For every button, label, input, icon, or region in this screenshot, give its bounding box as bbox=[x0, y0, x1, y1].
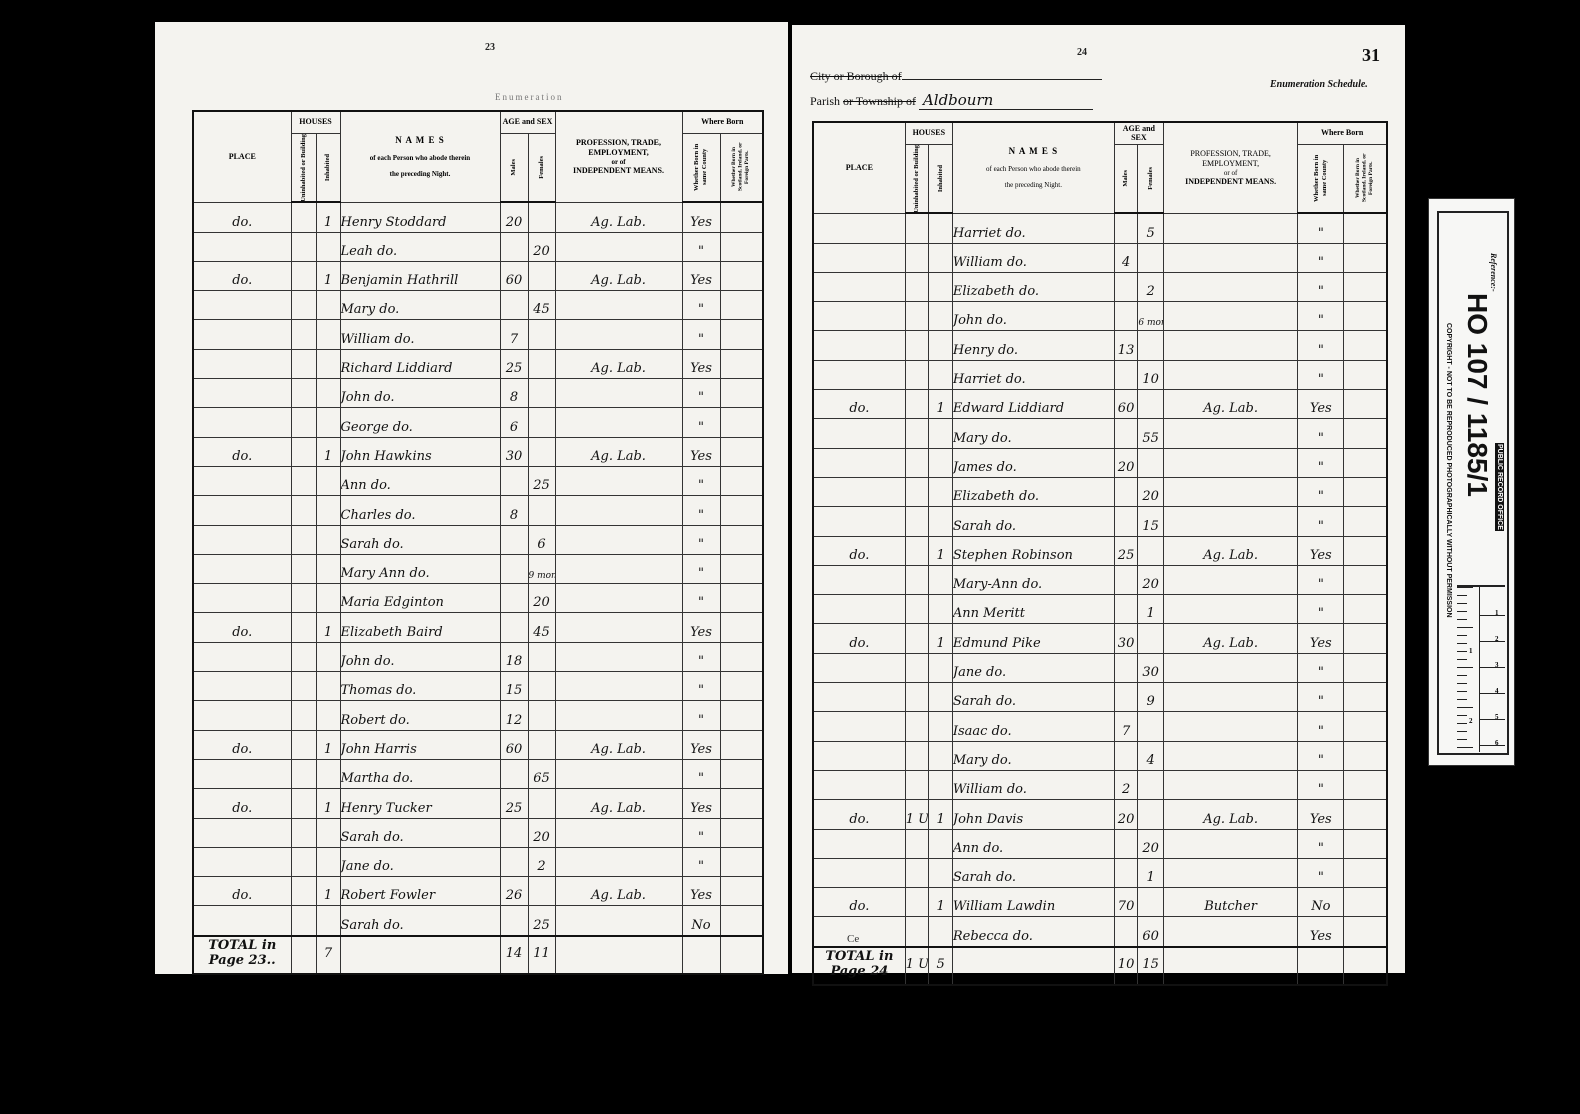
uninhabited-cell bbox=[905, 507, 929, 536]
ruler-tick bbox=[1457, 731, 1467, 732]
uninhabited-cell bbox=[905, 888, 929, 917]
profession-cell bbox=[1163, 917, 1297, 947]
uninhabited-cell bbox=[905, 419, 929, 448]
inhabited-cell bbox=[929, 653, 953, 682]
female-age: 25 bbox=[528, 466, 555, 495]
inhabited-cell bbox=[316, 701, 340, 730]
female-age bbox=[528, 349, 555, 378]
female-age: 9 months bbox=[528, 554, 555, 583]
male-age bbox=[1114, 213, 1138, 243]
schedule-label: Enumeration Schedule. bbox=[1270, 79, 1368, 90]
born-county-cell: Yes bbox=[682, 877, 720, 906]
total-row: TOTAL inPage 241 U51015 bbox=[813, 947, 1387, 985]
place-cell: do. bbox=[813, 800, 905, 829]
table-row: Mary-Ann do.20" bbox=[813, 565, 1387, 594]
male-age: 12 bbox=[500, 701, 528, 730]
uninhabited-cell bbox=[291, 642, 316, 671]
female-age: 10 bbox=[1138, 360, 1164, 389]
person-name: Robert do. bbox=[340, 701, 500, 730]
inhabited-cell bbox=[929, 243, 953, 272]
place-cell: do. bbox=[193, 613, 291, 642]
inhabited-cell bbox=[316, 320, 340, 349]
table-row: do.1John Hawkins30Ag. Lab.Yes bbox=[193, 437, 763, 466]
uninhabited-cell bbox=[905, 565, 929, 594]
total-blank-county bbox=[1298, 947, 1344, 985]
total-females: 15 bbox=[1138, 947, 1164, 985]
female-age bbox=[528, 437, 555, 466]
profession-cell bbox=[1163, 213, 1297, 243]
born-county-cell: No bbox=[1298, 888, 1344, 917]
uninhabited-cell bbox=[291, 584, 316, 613]
city-borough-label: City or Borough of bbox=[810, 69, 902, 83]
uninhabited-cell bbox=[291, 877, 316, 906]
names-title: N A M E S bbox=[953, 146, 1114, 157]
born-county-cell: " bbox=[1298, 331, 1344, 360]
female-age bbox=[528, 877, 555, 906]
place-cell: do. bbox=[813, 888, 905, 917]
table-row: Henry do.13" bbox=[813, 331, 1387, 360]
place-cell bbox=[193, 496, 291, 525]
profession-line-2: EMPLOYMENT, bbox=[1164, 159, 1297, 169]
inhabited-header: Inhabited bbox=[316, 133, 340, 202]
place-cell bbox=[193, 320, 291, 349]
table-row: Sarah do.6" bbox=[193, 525, 763, 554]
male-age bbox=[500, 466, 528, 495]
inhabited-cell bbox=[929, 448, 953, 477]
inhabited-cell: 1 bbox=[316, 877, 340, 906]
uninhabited-cell bbox=[291, 379, 316, 408]
names-subtitle-2: the preceding Night. bbox=[341, 170, 500, 178]
male-age: 60 bbox=[500, 261, 528, 290]
uninhabited-cell bbox=[905, 272, 929, 301]
born-county-cell: " bbox=[1298, 712, 1344, 741]
inhabited-cell: 1 bbox=[929, 624, 953, 653]
female-age bbox=[528, 496, 555, 525]
born-foreign-cell bbox=[720, 261, 763, 290]
table-row: Thomas do.15" bbox=[193, 672, 763, 701]
uninhabited-cell bbox=[905, 302, 929, 331]
female-age: 55 bbox=[1138, 419, 1164, 448]
total-inhabited: 7 bbox=[316, 936, 340, 974]
born-foreign-cell bbox=[1344, 477, 1387, 506]
census-table: PLACE HOUSES N A M E S of each Person wh… bbox=[192, 110, 764, 975]
reference-frame: Reference:- HO 107 / 1185/1 COPYRIGHT - … bbox=[1437, 211, 1509, 755]
inhabited-cell bbox=[316, 584, 340, 613]
inhabited-cell: 1 bbox=[316, 261, 340, 290]
names-subtitle: of each Person who abode therein bbox=[953, 165, 1114, 173]
table-row: George do.6" bbox=[193, 408, 763, 437]
profession-cell bbox=[1163, 360, 1297, 389]
profession-cell bbox=[555, 554, 682, 583]
ruler-tick bbox=[1457, 723, 1467, 724]
male-age: 20 bbox=[500, 202, 528, 232]
uninhabited-cell bbox=[291, 672, 316, 701]
profession-header: PROFESSION, TRADE, EMPLOYMENT, or of IND… bbox=[555, 111, 682, 202]
uninhabited-cell bbox=[291, 847, 316, 876]
female-age: 45 bbox=[528, 291, 555, 320]
person-name: John do. bbox=[340, 379, 500, 408]
ruler-cm-tick bbox=[1479, 745, 1505, 746]
person-name: William Lawdin bbox=[952, 888, 1114, 917]
males-header: Males bbox=[1114, 144, 1138, 213]
table-row: Rebecca do.60Yes bbox=[813, 917, 1387, 947]
uninhabited-cell bbox=[291, 789, 316, 818]
inhabited-cell bbox=[316, 672, 340, 701]
inhabited-cell bbox=[316, 466, 340, 495]
table-row: Ann Meritt1" bbox=[813, 595, 1387, 624]
table-row: Mary do.4" bbox=[813, 741, 1387, 770]
place-cell bbox=[813, 770, 905, 799]
scale-ruler: 12123456 bbox=[1457, 585, 1505, 752]
place-cell: do. bbox=[193, 437, 291, 466]
profession-cell: Ag. Lab. bbox=[555, 261, 682, 290]
uninhabited-cell bbox=[291, 759, 316, 788]
born-county-cell: " bbox=[682, 759, 720, 788]
inhabited-cell bbox=[929, 331, 953, 360]
inhabited-header: Inhabited bbox=[929, 144, 953, 213]
table-row: William do.7" bbox=[193, 320, 763, 349]
male-age: 8 bbox=[500, 496, 528, 525]
person-name: Henry Tucker bbox=[340, 789, 500, 818]
born-foreign-cell bbox=[1344, 653, 1387, 682]
names-subtitle: of each Person who abode therein bbox=[341, 154, 500, 162]
ruler-cm-tick bbox=[1479, 667, 1505, 668]
profession-cell bbox=[1163, 331, 1297, 360]
table-row: Martha do.65" bbox=[193, 759, 763, 788]
females-header: Females bbox=[528, 133, 555, 202]
table-row: Leah do.20" bbox=[193, 232, 763, 261]
male-age bbox=[1114, 829, 1138, 858]
ruler-cm-tick bbox=[1479, 719, 1505, 720]
profession-cell bbox=[1163, 243, 1297, 272]
place-cell bbox=[193, 525, 291, 554]
inhabited-cell bbox=[929, 595, 953, 624]
faded-header-scrawl: Enumeration bbox=[495, 92, 564, 102]
uninhabited-cell bbox=[291, 906, 316, 936]
person-name: Elizabeth Baird bbox=[340, 613, 500, 642]
male-age: 6 bbox=[500, 408, 528, 437]
ruler-tick bbox=[1457, 659, 1467, 660]
profession-cell bbox=[1163, 595, 1297, 624]
male-age: 60 bbox=[500, 730, 528, 759]
person-name: Isaac do. bbox=[952, 712, 1114, 741]
place-cell: do. bbox=[813, 624, 905, 653]
table-row: Sarah do.20" bbox=[193, 818, 763, 847]
born-county-cell: " bbox=[682, 584, 720, 613]
person-name: Sarah do. bbox=[952, 683, 1114, 712]
place-cell bbox=[193, 818, 291, 847]
uninhabited-cell bbox=[291, 202, 316, 232]
born-foreign-cell bbox=[720, 818, 763, 847]
female-age: 1 bbox=[1138, 858, 1164, 887]
profession-cell bbox=[1163, 829, 1297, 858]
left-census-page: 23 Enumeration PLACE HOUSES N A M E S of… bbox=[155, 22, 788, 974]
uninhabited-cell bbox=[905, 477, 929, 506]
inhabited-cell: 1 bbox=[929, 536, 953, 565]
table-row: Mary Ann do.9 months" bbox=[193, 554, 763, 583]
place-cell bbox=[813, 477, 905, 506]
place-cell bbox=[813, 213, 905, 243]
profession-cell: Ag. Lab. bbox=[1163, 800, 1297, 829]
female-age bbox=[528, 730, 555, 759]
place-cell bbox=[813, 272, 905, 301]
born-county-cell: " bbox=[682, 847, 720, 876]
female-age: 20 bbox=[528, 232, 555, 261]
profession-cell bbox=[555, 701, 682, 730]
total-blank-county bbox=[682, 936, 720, 974]
page-number: 23 bbox=[485, 42, 495, 53]
uninhabited-cell bbox=[905, 653, 929, 682]
person-name: John do. bbox=[340, 642, 500, 671]
table-row: do.1Edmund Pike30Ag. Lab.Yes bbox=[813, 624, 1387, 653]
male-age bbox=[500, 554, 528, 583]
place-cell bbox=[193, 466, 291, 495]
profession-line-3: or of bbox=[1164, 169, 1297, 177]
inhabited-cell bbox=[316, 818, 340, 847]
born-foreign-cell bbox=[1344, 683, 1387, 712]
profession-cell bbox=[1163, 770, 1297, 799]
inhabited-cell bbox=[929, 507, 953, 536]
profession-header: PROFESSION, TRADE, EMPLOYMENT, or of IND… bbox=[1163, 122, 1297, 213]
born-county-cell: " bbox=[1298, 741, 1344, 770]
table-row: Elizabeth do.2" bbox=[813, 272, 1387, 301]
ruler-tick bbox=[1457, 715, 1467, 716]
profession-cell bbox=[1163, 712, 1297, 741]
table-row: Jane do.30" bbox=[813, 653, 1387, 682]
male-age bbox=[500, 906, 528, 936]
person-name: Ann do. bbox=[952, 829, 1114, 858]
uninhabited-cell bbox=[905, 917, 929, 947]
born-county-cell: " bbox=[1298, 683, 1344, 712]
table-row: William do.4" bbox=[813, 243, 1387, 272]
table-row: do.1Henry Tucker25Ag. Lab.Yes bbox=[193, 789, 763, 818]
total-label-line-1: TOTAL in bbox=[814, 950, 905, 964]
table-row: Sarah do.25No bbox=[193, 906, 763, 936]
uninhabited-cell bbox=[905, 858, 929, 887]
total-males: 14 bbox=[500, 936, 528, 974]
person-name: Mary-Ann do. bbox=[952, 565, 1114, 594]
person-name: Henry Stoddard bbox=[340, 202, 500, 232]
copyright-notice: COPYRIGHT - NOT TO BE REPRODUCED PHOTOGR… bbox=[1445, 323, 1452, 618]
profession-line-2: EMPLOYMENT, bbox=[556, 148, 682, 158]
born-foreign-header: Whether Born in Scotland, Ireland, or Fo… bbox=[1344, 144, 1387, 213]
female-age: 6 months bbox=[1138, 302, 1164, 331]
profession-line-3: or of bbox=[556, 158, 682, 166]
person-name: John Harris bbox=[340, 730, 500, 759]
female-age: 45 bbox=[528, 613, 555, 642]
inhabited-cell: 1 bbox=[316, 613, 340, 642]
record-office-name: PUBLIC RECORD OFFICE bbox=[1495, 443, 1504, 531]
names-header: N A M E S of each Person who abode there… bbox=[952, 122, 1114, 213]
born-county-cell: " bbox=[1298, 419, 1344, 448]
inhabited-cell bbox=[316, 232, 340, 261]
total-label: TOTAL inPage 24 bbox=[813, 947, 905, 985]
profession-cell bbox=[1163, 565, 1297, 594]
place-cell: do. bbox=[193, 877, 291, 906]
person-name: Sarah do. bbox=[340, 818, 500, 847]
born-county-cell: " bbox=[1298, 448, 1344, 477]
inhabited-cell bbox=[316, 379, 340, 408]
place-cell bbox=[193, 584, 291, 613]
total-label-line-2: Page 24 bbox=[814, 965, 905, 979]
born-county-cell: " bbox=[682, 291, 720, 320]
male-age bbox=[1114, 360, 1138, 389]
right-census-page: 24 31 Enumeration Schedule. City or Boro… bbox=[792, 25, 1405, 973]
person-name: Edward Liddiard bbox=[952, 390, 1114, 419]
male-age: 20 bbox=[1114, 800, 1138, 829]
table-row: do.1Edward Liddiard60Ag. Lab.Yes bbox=[813, 390, 1387, 419]
male-age bbox=[1114, 477, 1138, 506]
male-age bbox=[500, 525, 528, 554]
person-name: Benjamin Hathrill bbox=[340, 261, 500, 290]
inhabited-cell: 1 bbox=[316, 437, 340, 466]
females-header: Females bbox=[1138, 144, 1164, 213]
table-row: Elizabeth do.20" bbox=[813, 477, 1387, 506]
ruler-tick bbox=[1457, 739, 1467, 740]
ruler-tick bbox=[1457, 627, 1473, 628]
female-age bbox=[1138, 448, 1164, 477]
ruler-tick bbox=[1457, 691, 1467, 692]
uninhabited-cell bbox=[905, 624, 929, 653]
born-county-cell: Yes bbox=[1298, 917, 1344, 947]
male-age bbox=[500, 847, 528, 876]
uninhabited-header: Uninhabited or Building bbox=[291, 133, 316, 202]
born-county-cell: Yes bbox=[682, 789, 720, 818]
born-foreign-cell bbox=[1344, 741, 1387, 770]
born-county-cell: " bbox=[682, 232, 720, 261]
uninhabited-cell bbox=[291, 261, 316, 290]
total-label: TOTAL inPage 23.. bbox=[193, 936, 291, 974]
profession-line-4: INDEPENDENT MEANS. bbox=[556, 166, 682, 176]
ruler-cm-tick bbox=[1479, 615, 1505, 616]
uninhabited-cell bbox=[291, 349, 316, 378]
male-age bbox=[1114, 507, 1138, 536]
born-foreign-cell bbox=[1344, 917, 1387, 947]
female-age: 25 bbox=[528, 906, 555, 936]
person-name: Harriet do. bbox=[952, 360, 1114, 389]
male-age bbox=[1114, 565, 1138, 594]
uninhabited-cell bbox=[905, 243, 929, 272]
place-cell bbox=[193, 554, 291, 583]
ruler-inch-label: 1 bbox=[1469, 647, 1473, 655]
table-row: Richard Liddiard25Ag. Lab.Yes bbox=[193, 349, 763, 378]
place-cell bbox=[813, 741, 905, 770]
inhabited-cell bbox=[929, 272, 953, 301]
female-age bbox=[528, 642, 555, 671]
total-blank-foreign bbox=[720, 936, 763, 974]
profession-cell: Ag. Lab. bbox=[1163, 536, 1297, 565]
ruler-tick bbox=[1457, 747, 1473, 748]
profession-cell bbox=[555, 818, 682, 847]
male-age bbox=[1114, 917, 1138, 947]
houses-header: HOUSES bbox=[291, 111, 340, 133]
female-age bbox=[1138, 536, 1164, 565]
parish-line: Parish or Township of Aldbourn bbox=[810, 91, 1093, 110]
profession-cell bbox=[555, 613, 682, 642]
place-cell bbox=[193, 847, 291, 876]
born-foreign-cell bbox=[1344, 360, 1387, 389]
profession-cell: Butcher bbox=[1163, 888, 1297, 917]
place-cell bbox=[193, 701, 291, 730]
total-blank-name bbox=[340, 936, 500, 974]
uninhabited-cell bbox=[905, 829, 929, 858]
uninhabited-cell bbox=[905, 741, 929, 770]
names-title: N A M E S bbox=[341, 135, 500, 146]
place-cell bbox=[813, 829, 905, 858]
born-county-cell: " bbox=[682, 554, 720, 583]
person-name: Richard Liddiard bbox=[340, 349, 500, 378]
folio-number: 31 bbox=[1362, 45, 1380, 66]
born-county-cell: " bbox=[682, 320, 720, 349]
uninhabited-cell bbox=[291, 525, 316, 554]
person-name: James do. bbox=[952, 448, 1114, 477]
table-row: Sarah do.15" bbox=[813, 507, 1387, 536]
born-foreign-cell bbox=[1344, 448, 1387, 477]
profession-cell bbox=[555, 291, 682, 320]
born-foreign-cell bbox=[1344, 595, 1387, 624]
female-age bbox=[528, 320, 555, 349]
person-name: William do. bbox=[952, 770, 1114, 799]
parish-value: Aldbourn bbox=[919, 91, 1093, 110]
male-age: 4 bbox=[1114, 243, 1138, 272]
uninhabited-cell bbox=[291, 730, 316, 759]
born-county-cell: " bbox=[682, 672, 720, 701]
born-county-cell: " bbox=[682, 379, 720, 408]
female-age: 20 bbox=[1138, 477, 1164, 506]
born-foreign-cell bbox=[1344, 712, 1387, 741]
born-foreign-cell bbox=[720, 642, 763, 671]
place-cell bbox=[813, 302, 905, 331]
person-name: Charles do. bbox=[340, 496, 500, 525]
inhabited-cell bbox=[316, 759, 340, 788]
place-cell bbox=[193, 291, 291, 320]
total-blank-foreign bbox=[1344, 947, 1387, 985]
born-county-cell: Yes bbox=[682, 261, 720, 290]
profession-cell bbox=[1163, 272, 1297, 301]
profession-cell: Ag. Lab. bbox=[555, 437, 682, 466]
born-foreign-cell bbox=[1344, 624, 1387, 653]
total-inhabited: 5 bbox=[929, 947, 953, 985]
male-age bbox=[1114, 653, 1138, 682]
inhabited-cell: 1 bbox=[929, 800, 953, 829]
male-age bbox=[1114, 595, 1138, 624]
male-age bbox=[500, 759, 528, 788]
ruler-tick bbox=[1457, 635, 1467, 636]
female-age: 65 bbox=[528, 759, 555, 788]
person-name: Robert Fowler bbox=[340, 877, 500, 906]
male-age bbox=[500, 291, 528, 320]
table-row: Mary do.55" bbox=[813, 419, 1387, 448]
ruler-tick bbox=[1457, 603, 1467, 604]
place-cell bbox=[813, 331, 905, 360]
born-foreign-cell bbox=[720, 320, 763, 349]
male-age: 25 bbox=[500, 349, 528, 378]
person-name: Stephen Robinson bbox=[952, 536, 1114, 565]
male-age: 25 bbox=[500, 789, 528, 818]
born-county-cell: Yes bbox=[1298, 536, 1344, 565]
inhabited-cell bbox=[929, 213, 953, 243]
born-county-cell: " bbox=[1298, 272, 1344, 301]
ruler-inch-label: 2 bbox=[1469, 717, 1473, 725]
place-cell bbox=[193, 408, 291, 437]
place-cell: do. bbox=[193, 202, 291, 232]
profession-cell bbox=[555, 232, 682, 261]
table-row: do.1William Lawdin70ButcherNo bbox=[813, 888, 1387, 917]
born-county-cell: Yes bbox=[1298, 800, 1344, 829]
male-age bbox=[500, 818, 528, 847]
where-born-header: Where Born bbox=[682, 111, 763, 133]
born-foreign-cell bbox=[1344, 419, 1387, 448]
